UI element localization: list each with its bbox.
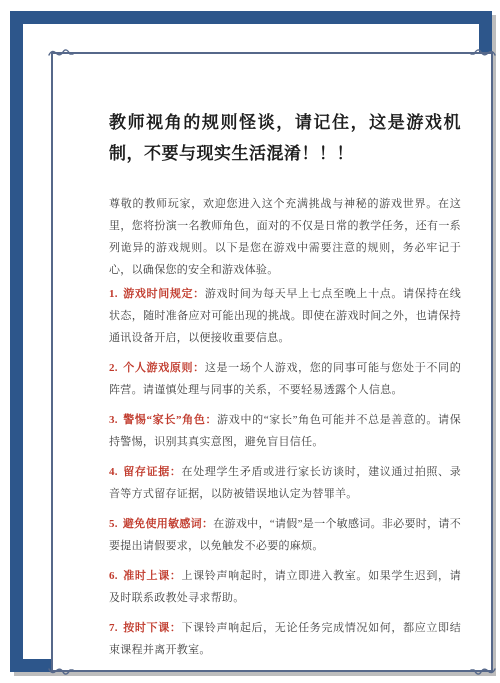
rule-item-6: 6.准时上课：上课铃声响起时，请立即进入教室。如果学生迟到，请及时联系政教处寻求… — [109, 565, 461, 609]
corner-flourish-icon — [48, 47, 74, 59]
rule-number: 1. — [109, 288, 118, 300]
rule-item-2: 2.个人游戏原则：这是一场个人游戏，您的同事可能与您处于不同的阵营。请谨慎处理与… — [109, 357, 461, 401]
page-title: 教师视角的规则怪谈，请记住，这是游戏机制，不要与现实生活混淆！！！ — [109, 107, 461, 169]
corner-flourish-icon — [470, 665, 496, 677]
rule-lead: 游戏时间规定： — [123, 288, 205, 300]
rule-item-4: 4.留存证据：在处理学生矛盾或进行家长访谈时，建议通过拍照、录音等方式留存证据，… — [109, 461, 461, 505]
rule-lead: 个人游戏原则： — [123, 362, 205, 374]
corner-flourish-icon — [48, 665, 74, 677]
rule-number: 2. — [109, 362, 118, 374]
page-content: 教师视角的规则怪谈，请记住，这是游戏机制，不要与现实生活混淆！！！ 尊敬的教师玩… — [53, 54, 491, 661]
outer-frame: 教师视角的规则怪谈，请记住，这是游戏机制，不要与现实生活混淆！！！ 尊敬的教师玩… — [10, 11, 492, 672]
rule-number: 5. — [109, 518, 118, 530]
rule-number: 7. — [109, 622, 118, 634]
rule-lead: 避免使用敏感词： — [123, 518, 213, 530]
corner-flourish-icon — [470, 47, 496, 59]
rule-item-1: 1.游戏时间规定：游戏时间为每天早上七点至晚上十点。请保持在线状态，随时准备应对… — [109, 283, 461, 349]
rule-lead: 准时上课： — [123, 570, 182, 582]
rule-number: 6. — [109, 570, 118, 582]
rule-lead: 警惕“家长”角色： — [123, 414, 217, 426]
rule-number: 4. — [109, 466, 118, 478]
rule-lead: 按时下课： — [123, 622, 182, 634]
rule-lead: 留存证据： — [123, 466, 182, 478]
document-canvas: 教师视角的规则怪谈，请记住，这是游戏机制，不要与现实生活混淆！！！ 尊敬的教师玩… — [0, 0, 500, 683]
rule-number: 3. — [109, 414, 118, 426]
page: 教师视角的规则怪谈，请记住，这是游戏机制，不要与现实生活混淆！！！ 尊敬的教师玩… — [51, 52, 493, 672]
rule-item-7: 7.按时下课：下课铃声响起后，无论任务完成情况如何，都应立即结束课程并离开教室。 — [109, 617, 461, 661]
rule-item-5: 5.避免使用敏感词：在游戏中，“请假”是一个敏感词。非必要时，请不要提出请假要求… — [109, 513, 461, 557]
intro-paragraph: 尊敬的教师玩家，欢迎您进入这个充满挑战与神秘的游戏世界。在这里，您将扮演一名教师… — [109, 193, 461, 281]
rule-item-3: 3.警惕“家长”角色：游戏中的“家长”角色可能并不总是善意的。请保持警惕，识别其… — [109, 409, 461, 453]
